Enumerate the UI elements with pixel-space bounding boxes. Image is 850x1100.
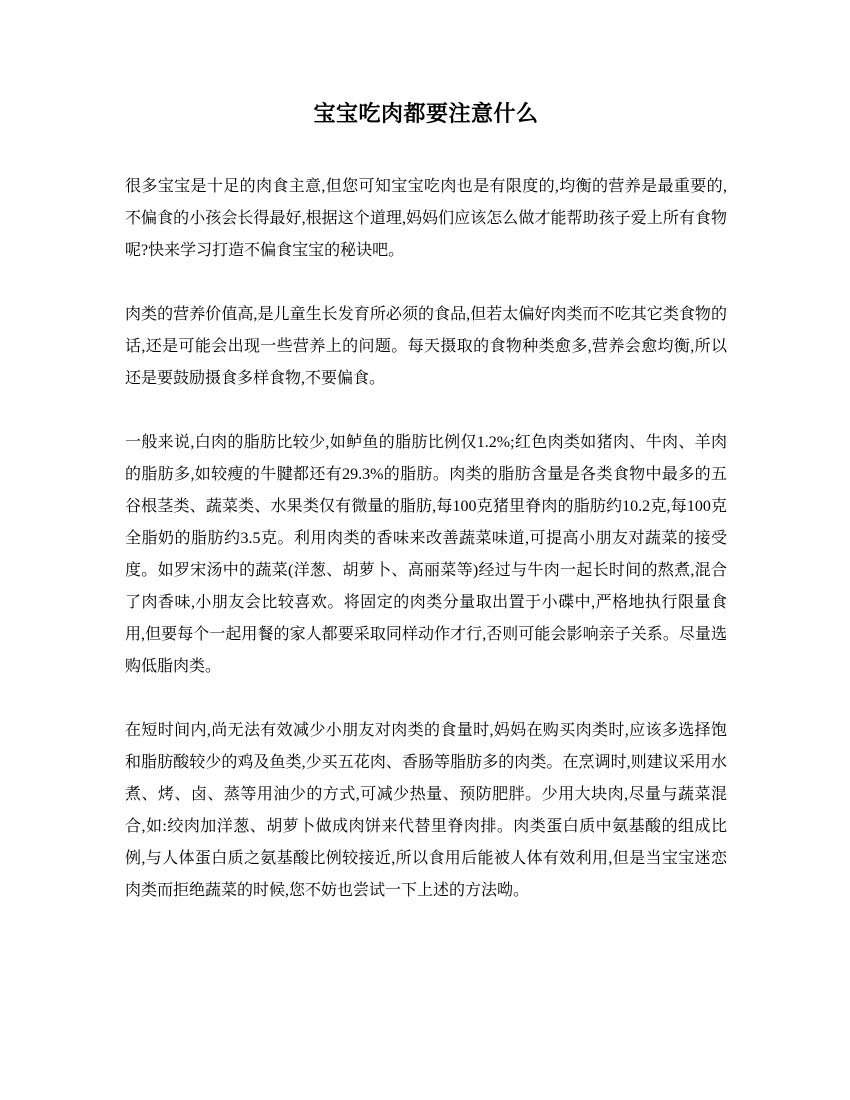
paragraph-intro: 很多宝宝是十足的肉食主意,但您可知宝宝吃肉也是有限度的,均衡的营养是最重要的,不… — [125, 171, 727, 267]
paragraph-cooking-advice: 在短时间内,尚无法有效减少小朋友对肉类的食量时,妈妈在购买肉类时,应该多选择饱和… — [125, 715, 727, 907]
document-page: 宝宝吃肉都要注意什么 很多宝宝是十足的肉食主意,但您可知宝宝吃肉也是有限度的,均… — [0, 0, 850, 1100]
paragraph-nutrition-value: 肉类的营养价值高,是儿童生长发育所必须的食品,但若太偏好肉类而不吃其它类食物的话… — [125, 299, 727, 395]
paragraph-fat-content: 一般来说,白肉的脂肪比较少,如鲈鱼的脂肪比例仅1.2%;红色肉类如猪肉、牛肉、羊… — [125, 427, 727, 683]
document-title: 宝宝吃肉都要注意什么 — [125, 98, 727, 130]
